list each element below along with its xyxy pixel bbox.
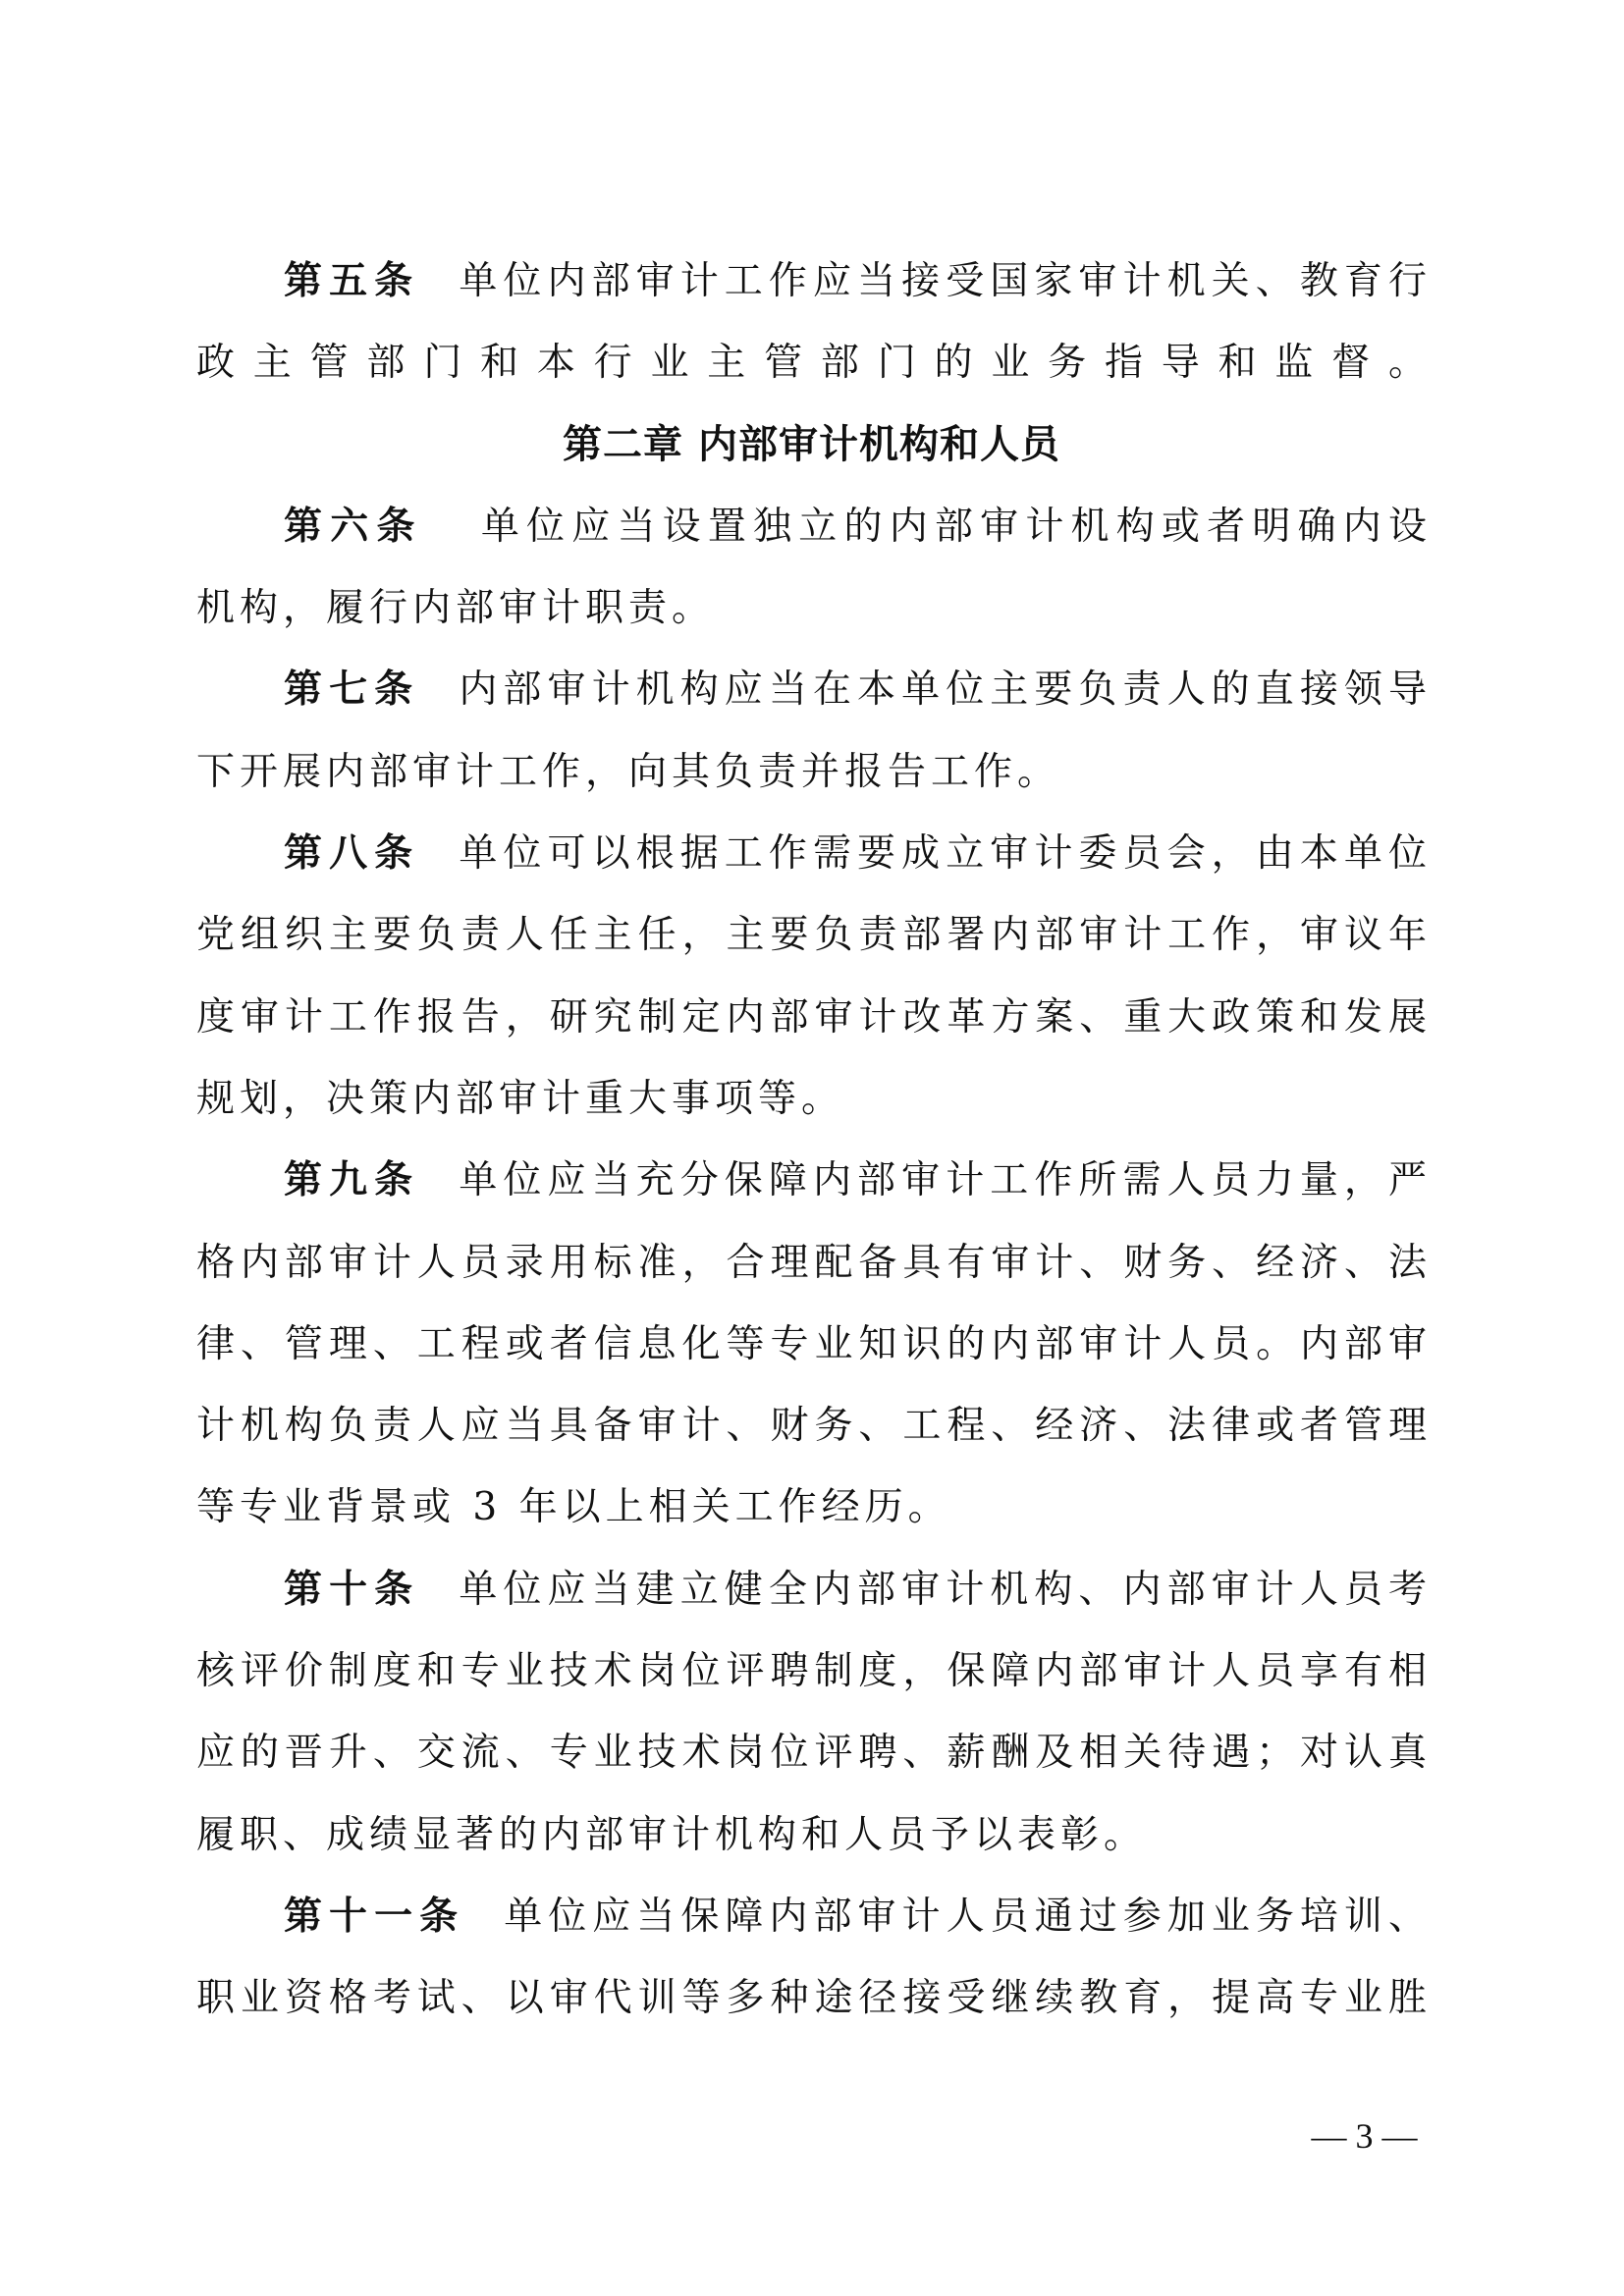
article-8: 第八条单位可以根据工作需要成立审计委员会，由本单位 [196, 813, 1427, 894]
article-label: 第六条 [284, 505, 423, 549]
article-label: 第七条 [284, 667, 419, 712]
article-label: 第九条 [284, 1158, 419, 1202]
page-number: — 3 — [1298, 2110, 1431, 2162]
article-text-line: 单位应当充分保障内部审计工作所需人员力量，严 [453, 1158, 1427, 1202]
article-label: 第五条 [284, 259, 419, 303]
article-text-line: 核评价制度和专业技术岗位评聘制度，保障内部审计人员享有相 [196, 1630, 1427, 1712]
article-text-line: 职业资格考试、以审代训等多种途径接受继续教育，提高专业胜 [196, 1957, 1427, 2039]
article-text-line: 规划，决策内部审计重大事项等。 [196, 1058, 1427, 1140]
article-11: 第十一条单位应当保障内部审计人员通过参加业务培训、 [196, 1876, 1427, 1957]
chapter-heading: 第二章 内部审计机构和人员 [196, 404, 1427, 486]
article-label: 第十一条 [284, 1895, 464, 1939]
article-text-line: 下开展内部审计工作，向其负责并报告工作。 [196, 731, 1427, 813]
article-label: 第十条 [284, 1568, 419, 1612]
article-text-line: 政主管部门和本行业主管部门的业务指导和监督。 [196, 322, 1427, 403]
article-text-line: 单位应当保障内部审计人员通过参加业务培训、 [498, 1895, 1427, 1939]
document-body: 第五条单位内部审计工作应当接受国家审计机关、教育行 政主管部门和本行业主管部门的… [196, 240, 1427, 2040]
article-text-line: 党组织主要负责人任主任，主要负责部署内部审计工作，审议年 [196, 894, 1427, 976]
article-text-line: 内部审计机构应当在本单位主要负责人的直接领导 [453, 667, 1427, 712]
article-6: 第六条单位应当设置独立的内部审计机构或者明确内设 [196, 486, 1427, 567]
article-text-line: 计机构负责人应当具备审计、财务、工程、经济、法律或者管理 [196, 1385, 1427, 1467]
article-text-line: 单位应当建立健全内部审计机构、内部审计人员考 [453, 1568, 1427, 1612]
article-text-line: 单位内部审计工作应当接受国家审计机关、教育行 [453, 259, 1427, 303]
article-text-line: 履职、成绩显著的内部审计机构和人员予以表彰。 [196, 1794, 1427, 1876]
article-text-line: 等专业背景或 3 年以上相关工作经历。 [196, 1467, 1427, 1548]
article-5: 第五条单位内部审计工作应当接受国家审计机关、教育行 [196, 240, 1427, 322]
article-text-line: 单位应当设置独立的内部审计机构或者明确内设 [474, 505, 1427, 549]
document-page: 第五条单位内部审计工作应当接受国家审计机关、教育行 政主管部门和本行业主管部门的… [0, 0, 1624, 2296]
article-text-line: 单位可以根据工作需要成立审计委员会，由本单位 [453, 831, 1427, 876]
article-text-line: 应的晋升、交流、专业技术岗位评聘、薪酬及相关待遇；对认真 [196, 1712, 1427, 1793]
article-10: 第十条单位应当建立健全内部审计机构、内部审计人员考 [196, 1549, 1427, 1630]
article-text-line: 律、管理、工程或者信息化等专业知识的内部审计人员。内部审 [196, 1304, 1427, 1385]
article-label: 第八条 [284, 831, 419, 876]
article-7: 第七条内部审计机构应当在本单位主要负责人的直接领导 [196, 649, 1427, 730]
article-text-line: 格内部审计人员录用标准，合理配备具有审计、财务、经济、法 [196, 1222, 1427, 1304]
article-9: 第九条单位应当充分保障内部审计工作所需人员力量，严 [196, 1140, 1427, 1221]
article-text-line: 机构，履行内部审计职责。 [196, 567, 1427, 649]
article-text-line: 度审计工作报告，研究制定内部审计改革方案、重大政策和发展 [196, 977, 1427, 1058]
